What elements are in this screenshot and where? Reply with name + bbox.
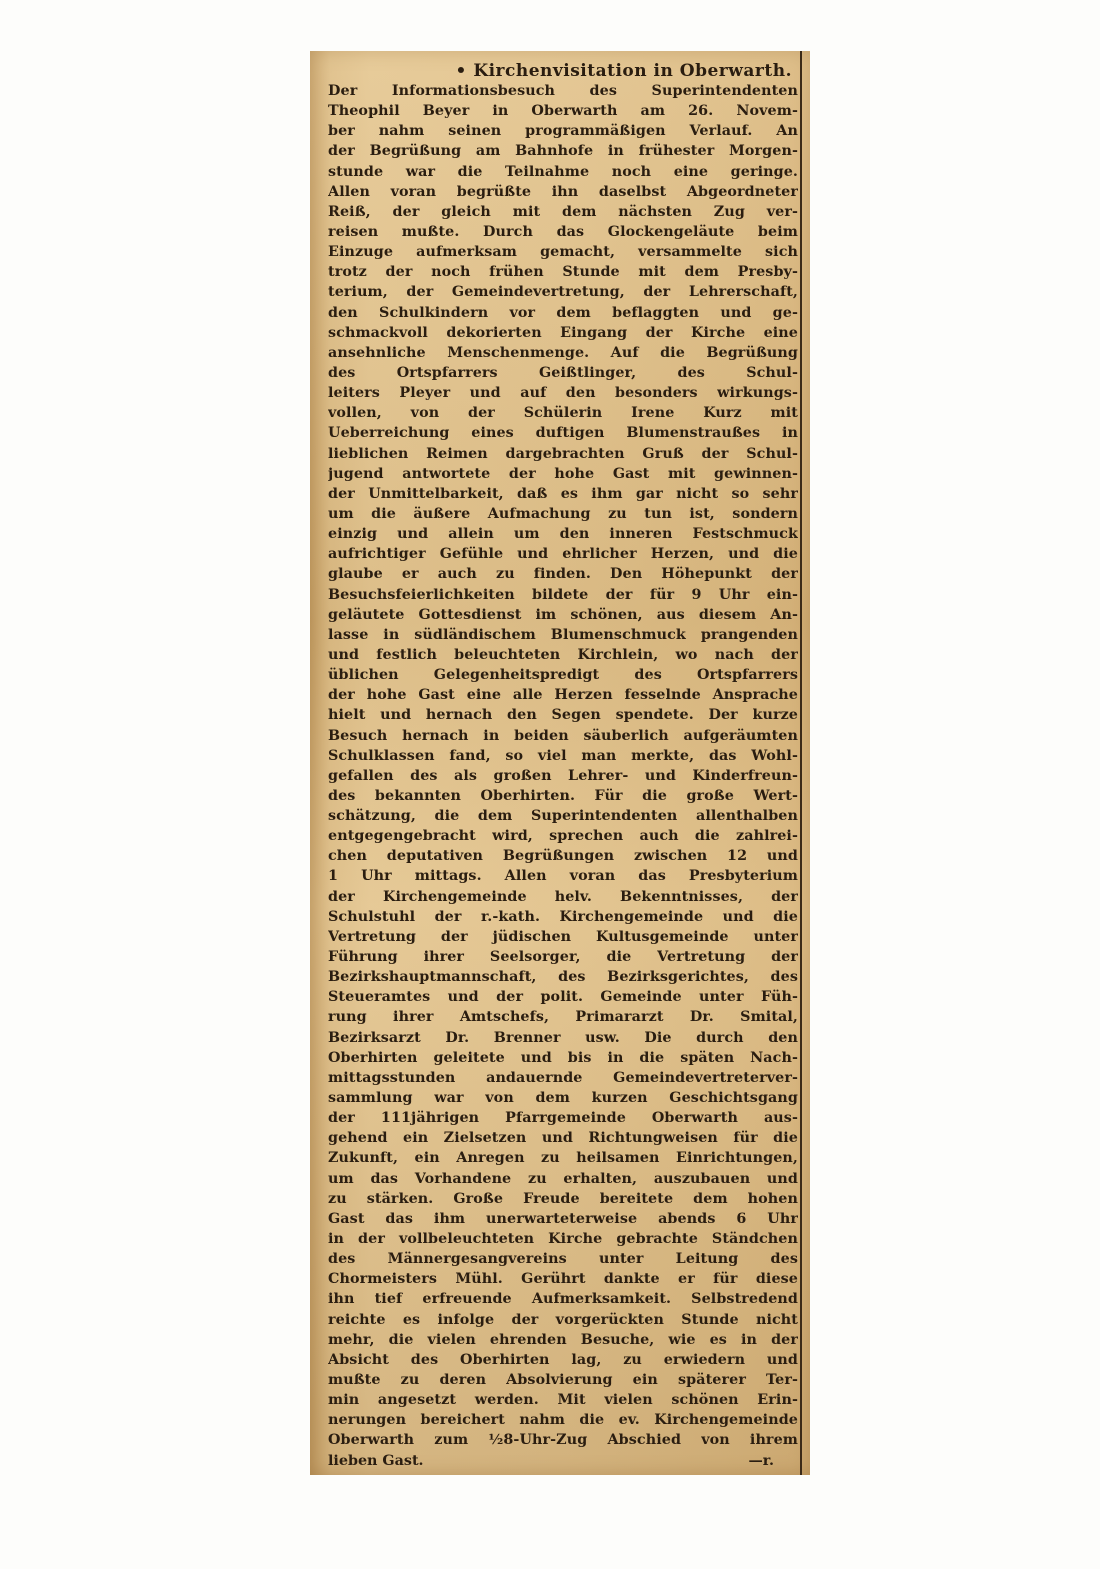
article-line: einzig und allein um den inneren Festsch… [328,524,798,544]
article-line: ansehnliche Menschenmenge. Auf die Begrü… [328,343,798,363]
article-line: um die äußere Aufmachung zu tun ist, son… [328,504,798,524]
article-line: der hohe Gast eine alle Herzen fesselnde… [328,685,798,705]
article-line: der 111jährigen Pfarrgemeinde Oberwarth … [328,1108,798,1128]
article-line: Steueramtes und der polit. Gemeinde unte… [328,987,798,1007]
article-line: des Ortspfarrers Geißtlinger, des Schul- [328,363,798,383]
article-closing: lieben Gast. —r. [328,1451,798,1471]
article-line: und festlich beleuchteten Kirchlein, wo … [328,645,798,665]
article-line: chen deputativen Begrüßungen zwischen 12… [328,846,798,866]
article-line: 1 Uhr mittags. Allen voran das Presbyter… [328,866,798,886]
article-line: Absicht des Oberhirten lag, zu erwiedern… [328,1350,798,1370]
article-line: Schulklassen fand, so viel man merkte, d… [328,746,798,766]
article-line: gehend ein Zielsetzen und Richtungweisen… [328,1128,798,1148]
column-rule [800,51,802,1475]
article-line: Zukunft, ein Anregen zu heilsamen Einric… [328,1148,798,1168]
article-line: entgegengebracht wird, sprechen auch die… [328,826,798,846]
article-line: stunde war die Teilnahme noch eine gerin… [328,162,798,182]
article-line: nerungen bereichert nahm die ev. Kirchen… [328,1410,798,1430]
article-line: mußte zu deren Absolvierung ein späterer… [328,1370,798,1390]
article-line: der Unmittelbarkeit, daß es ihm gar nich… [328,484,798,504]
article-line: gefallen des als großen Lehrer- und Kind… [328,766,798,786]
newspaper-clipping: • Kirchenvisitation in Oberwarth. Der In… [310,51,810,1475]
article-line: geläutete Gottesdienst im schönen, aus d… [328,605,798,625]
article-line: Theophil Beyer in Oberwarth am 26. Novem… [328,101,798,121]
article-line: Bezirkshauptmannschaft, des Bezirksgeric… [328,967,798,987]
article-line: der Begrüßung am Bahnhofe in frühester M… [328,141,798,161]
article-line: in der vollbeleuchteten Kirche gebrachte… [328,1229,798,1249]
article-line: Besuch hernach in beiden säuberlich aufg… [328,726,798,746]
article-line: schmackvoll dekorierten Eingang der Kirc… [328,323,798,343]
article-line: Oberwarth zum ½8-Uhr-Zug Abschied von ih… [328,1430,798,1450]
article-line: vollen, von der Schülerin Irene Kurz mit [328,403,798,423]
article-line: Schulstuhl der r.-kath. Kirchengemeinde … [328,907,798,927]
article-line: der Kirchengemeinde helv. Bekenntnisses,… [328,887,798,907]
article: • Kirchenvisitation in Oberwarth. Der In… [328,61,798,1471]
article-line: des Männergesangvereins unter Leitung de… [328,1249,798,1269]
article-line: leiters Pleyer und auf den besonders wir… [328,383,798,403]
article-body: Der Informationsbesuch des Superintenden… [328,81,798,1451]
article-line: mehr, die vielen ehrenden Besuche, wie e… [328,1330,798,1350]
article-line: reichte es infolge der vorgerückten Stun… [328,1310,798,1330]
article-line: Einzuge aufmerksam gemacht, versammelte … [328,242,798,262]
article-line: Gast das ihm unerwarteterweise abends 6 … [328,1209,798,1229]
author-signature: —r. [749,1451,799,1471]
article-line: rung ihrer Amtschefs, Primararzt Dr. Smi… [328,1007,798,1027]
article-line: terium, der Gemeindevertretung, der Lehr… [328,282,798,302]
article-line: lasse in südländischem Blumenschmuck pra… [328,625,798,645]
article-final-line: lieben Gast. [328,1451,424,1471]
article-line: hielt und hernach den Segen spendete. De… [328,705,798,725]
article-line: jugend antwortete der hohe Gast mit gewi… [328,464,798,484]
article-line: ihn tief erfreuende Aufmerksamkeit. Selb… [328,1289,798,1309]
article-line: den Schulkindern vor dem beflaggten und … [328,303,798,323]
article-line: Chormeisters Mühl. Gerührt dankte er für… [328,1269,798,1289]
article-line: Ueberreichung eines duftigen Blumenstrau… [328,423,798,443]
article-headline: • Kirchenvisitation in Oberwarth. [328,61,798,81]
article-line: Reiß, der gleich mit dem nächsten Zug ve… [328,202,798,222]
article-line: Besuchsfeierlichkeiten bildete der für 9… [328,585,798,605]
article-line: um das Vorhandene zu erhalten, auszubaue… [328,1169,798,1189]
article-line: Führung ihrer Seelsorger, die Vertretung… [328,947,798,967]
article-line: reisen mußte. Durch das Glockengeläute b… [328,222,798,242]
article-line: sammlung war von dem kurzen Geschichtsga… [328,1088,798,1108]
article-line: schätzung, die dem Superintendenten alle… [328,806,798,826]
article-line: mittagsstunden andauernde Gemeindevertre… [328,1068,798,1088]
article-line: aufrichtiger Gefühle und ehrlicher Herze… [328,544,798,564]
article-line: Bezirksarzt Dr. Brenner usw. Die durch d… [328,1028,798,1048]
article-line: Allen voran begrüßte ihn daselbst Abgeor… [328,182,798,202]
article-line: glaube er auch zu finden. Den Höhepunkt … [328,564,798,584]
article-line: trotz der noch frühen Stunde mit dem Pre… [328,262,798,282]
article-line: des bekannten Oberhirten. Für die große … [328,786,798,806]
article-line: ber nahm seinen programmäßigen Verlauf. … [328,121,798,141]
article-line: zu stärken. Große Freude bereitete dem h… [328,1189,798,1209]
article-line: min angesetzt werden. Mit vielen schönen… [328,1390,798,1410]
article-line: Oberhirten geleitete und bis in die spät… [328,1048,798,1068]
article-line: lieblichen Reimen dargebrachten Gruß der… [328,444,798,464]
article-line: üblichen Gelegenheitspredigt des Ortspfa… [328,665,798,685]
article-line: Vertretung der jüdischen Kultusgemeinde … [328,927,798,947]
article-line: Der Informationsbesuch des Superintenden… [328,81,798,101]
